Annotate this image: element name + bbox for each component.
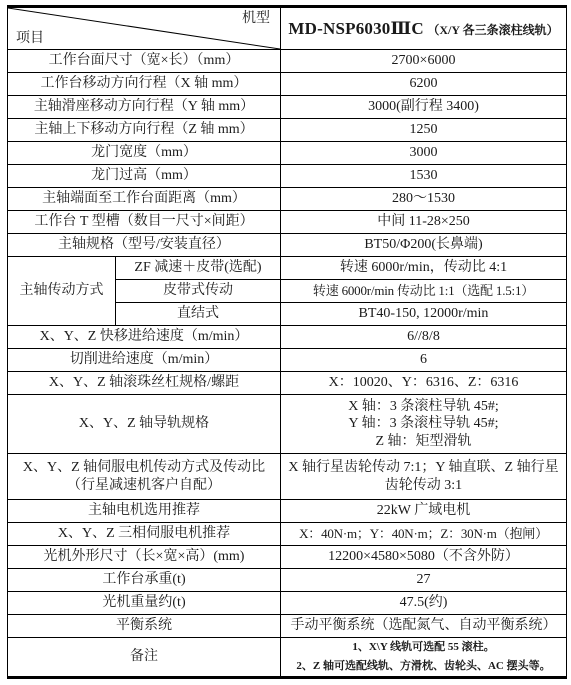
spec-sheet-page: 机型 项目 MD-NSP6030ⅢC （X/Y 各三条滚柱线轨） 工作台面尺寸（… — [0, 0, 571, 685]
spindle-motor-label: 主轴电机选用推荐 — [8, 500, 281, 523]
notes-label: 备注 — [8, 638, 281, 678]
machine-weight-label: 光机重量约(t) — [8, 592, 281, 615]
table-row: 主轴滑座移动方向行程（Y 轴 mm） 3000(副行程 3400) — [8, 96, 567, 119]
table-row: 龙门过高（mm） 1530 — [8, 165, 567, 188]
table-row: 光机外形尺寸（长×宽×高）(mm) 12200×4580×5080（不含外防） — [8, 546, 567, 569]
corner-cell: 机型 项目 — [8, 7, 281, 50]
x-travel-value: 6200 — [281, 73, 567, 96]
z-travel-value: 1250 — [281, 119, 567, 142]
table-row: 主轴端面至工作台面距离（mm） 280～1530 — [8, 188, 567, 211]
x-travel-label: 工作台移动方向行程（X 轴 mm） — [8, 73, 281, 96]
model-name: MD-NSP6030ⅢC — [288, 19, 423, 38]
header-row: 机型 项目 MD-NSP6030ⅢC （X/Y 各三条滚柱线轨） — [8, 7, 567, 50]
ballscrew-value: X：10020、Y：6316、Z：6316 — [281, 372, 567, 395]
machine-dimensions-value: 12200×4580×5080（不含外防） — [281, 546, 567, 569]
machine-weight-value: 47.5(约) — [281, 592, 567, 615]
table-row: 平衡系统 手动平衡系统（选配氮气、自动平衡系统） — [8, 615, 567, 638]
worktable-size-value: 2700×6000 — [281, 50, 567, 73]
table-row: X、Y、Z 快移进给速度（m/min） 6//8/8 — [8, 326, 567, 349]
table-row: X、Y、Z 轴伺服电机传动方式及传动比 （行星减速机客户自配） X 轴行星齿轮传… — [8, 454, 567, 500]
notes-value: 1、X\Y 线轨可选配 55 滚柱。 2、Z 轴可选配线轨、方滑枕、齿轮头、AC… — [281, 638, 567, 678]
spindle-to-table-value: 280～1530 — [281, 188, 567, 211]
guideway-line-z: Z 轴：矩型滑轨 — [284, 433, 563, 451]
ballscrew-label: X、Y、Z 轴滚珠丝杠规格/螺距 — [8, 372, 281, 395]
servo-motor-label: X、Y、Z 三相伺服电机推荐 — [8, 523, 281, 546]
spindle-spec-label: 主轴规格（型号/安装直径） — [8, 234, 281, 257]
table-row: 主轴传动方式 ZF 减速＋皮带(选配) 转速 6000r/min，传动比 4:1 — [8, 257, 567, 280]
spindle-spec-value: BT50/Φ200(长鼻端) — [281, 234, 567, 257]
rapid-feed-label: X、Y、Z 快移进给速度（m/min） — [8, 326, 281, 349]
machine-spec-table: 机型 项目 MD-NSP6030ⅢC （X/Y 各三条滚柱线轨） 工作台面尺寸（… — [7, 5, 567, 679]
gantry-width-value: 3000 — [281, 142, 567, 165]
rapid-feed-value: 6//8/8 — [281, 326, 567, 349]
spindle-drive-value-belt: 转速 6000r/min 传动比 1:1（选配 1.5:1） — [281, 280, 567, 303]
cutting-feed-label: 切削进给速度（m/min） — [8, 349, 281, 372]
table-row: 主轴上下移动方向行程（Z 轴 mm） 1250 — [8, 119, 567, 142]
diagonal-divider-line — [8, 8, 280, 49]
table-row: X、Y、Z 轴导轨规格 X 轴：3 条滚柱导轨 45#; Y 轴：3 条滚柱导轨… — [8, 395, 567, 454]
table-row: 主轴电机选用推荐 22kW 广域电机 — [8, 500, 567, 523]
table-row: 工作台面尺寸（宽×长）（mm） 2700×6000 — [8, 50, 567, 73]
spindle-to-table-label: 主轴端面至工作台面距离（mm） — [8, 188, 281, 211]
guideway-line-y: Y 轴：3 条滚柱导轨 45#; — [284, 415, 563, 433]
corner-label-model: 机型 — [242, 10, 270, 28]
table-row: 工作台承重(t) 27 — [8, 569, 567, 592]
z-travel-label: 主轴上下移动方向行程（Z 轴 mm） — [8, 119, 281, 142]
servo-drive-label-line1: X、Y、Z 轴伺服电机传动方式及传动比 — [11, 459, 277, 477]
table-load-value: 27 — [281, 569, 567, 592]
spindle-drive-label: 主轴传动方式 — [8, 257, 116, 326]
notes-line-1: 1、X\Y 线轨可选配 55 滚柱。 — [284, 638, 563, 657]
spindle-motor-value: 22kW 广域电机 — [281, 500, 567, 523]
servo-motor-value: X：40N·m；Y：40N·m；Z：30N·m（抱闸） — [281, 523, 567, 546]
gantry-height-label: 龙门过高（mm） — [8, 165, 281, 188]
table-row: X、Y、Z 三相伺服电机推荐 X：40N·m；Y：40N·m；Z：30N·m（抱… — [8, 523, 567, 546]
y-travel-label: 主轴滑座移动方向行程（Y 轴 mm） — [8, 96, 281, 119]
y-travel-value: 3000(副行程 3400) — [281, 96, 567, 119]
gantry-height-value: 1530 — [281, 165, 567, 188]
worktable-size-label: 工作台面尺寸（宽×长）（mm） — [8, 50, 281, 73]
spindle-drive-mode-belt: 皮带式传动 — [116, 280, 281, 303]
guideway-line-x: X 轴：3 条滚柱导轨 45#; — [284, 398, 563, 416]
balance-system-label: 平衡系统 — [8, 615, 281, 638]
table-load-label: 工作台承重(t) — [8, 569, 281, 592]
table-row: 切削进给速度（m/min） 6 — [8, 349, 567, 372]
t-slot-value: 中间 11-28×250 — [281, 211, 567, 234]
gantry-width-label: 龙门宽度（mm） — [8, 142, 281, 165]
model-note: （X/Y 各三条滚柱线轨） — [427, 23, 558, 37]
table-row: 龙门宽度（mm） 3000 — [8, 142, 567, 165]
spindle-drive-mode-zf: ZF 减速＋皮带(选配) — [116, 257, 281, 280]
spindle-drive-value-zf: 转速 6000r/min，传动比 4:1 — [281, 257, 567, 280]
table-row: 工作台移动方向行程（X 轴 mm） 6200 — [8, 73, 567, 96]
spindle-drive-value-direct: BT40-150, 12000r/min — [281, 303, 567, 326]
table-row: 光机重量约(t) 47.5(约) — [8, 592, 567, 615]
spindle-drive-mode-direct: 直结式 — [116, 303, 281, 326]
table-row: 工作台 T 型槽（数目一尺寸×间距） 中间 11-28×250 — [8, 211, 567, 234]
cutting-feed-value: 6 — [281, 349, 567, 372]
servo-drive-label-line2: （行星减速机客户自配） — [11, 477, 277, 495]
table-row: 主轴规格（型号/安装直径） BT50/Φ200(长鼻端) — [8, 234, 567, 257]
t-slot-label: 工作台 T 型槽（数目一尺寸×间距） — [8, 211, 281, 234]
model-header-cell: MD-NSP6030ⅢC （X/Y 各三条滚柱线轨） — [281, 7, 567, 50]
servo-drive-label: X、Y、Z 轴伺服电机传动方式及传动比 （行星减速机客户自配） — [8, 454, 281, 500]
servo-drive-value: X 轴行星齿轮传动 7:1；Y 轴直联、Z 轴行星齿轮传动 3:1 — [281, 454, 567, 500]
table-row: 备注 1、X\Y 线轨可选配 55 滚柱。 2、Z 轴可选配线轨、方滑枕、齿轮头… — [8, 638, 567, 678]
machine-dimensions-label: 光机外形尺寸（长×宽×高）(mm) — [8, 546, 281, 569]
table-row: X、Y、Z 轴滚珠丝杠规格/螺距 X：10020、Y：6316、Z：6316 — [8, 372, 567, 395]
balance-system-value: 手动平衡系统（选配氮气、自动平衡系统） — [281, 615, 567, 638]
guideway-label: X、Y、Z 轴导轨规格 — [8, 395, 281, 454]
corner-label-item: 项目 — [16, 30, 44, 48]
notes-line-2: 2、Z 轴可选配线轨、方滑枕、齿轮头、AC 摆头等。 — [284, 657, 563, 676]
guideway-value: X 轴：3 条滚柱导轨 45#; Y 轴：3 条滚柱导轨 45#; Z 轴：矩型… — [281, 395, 567, 454]
